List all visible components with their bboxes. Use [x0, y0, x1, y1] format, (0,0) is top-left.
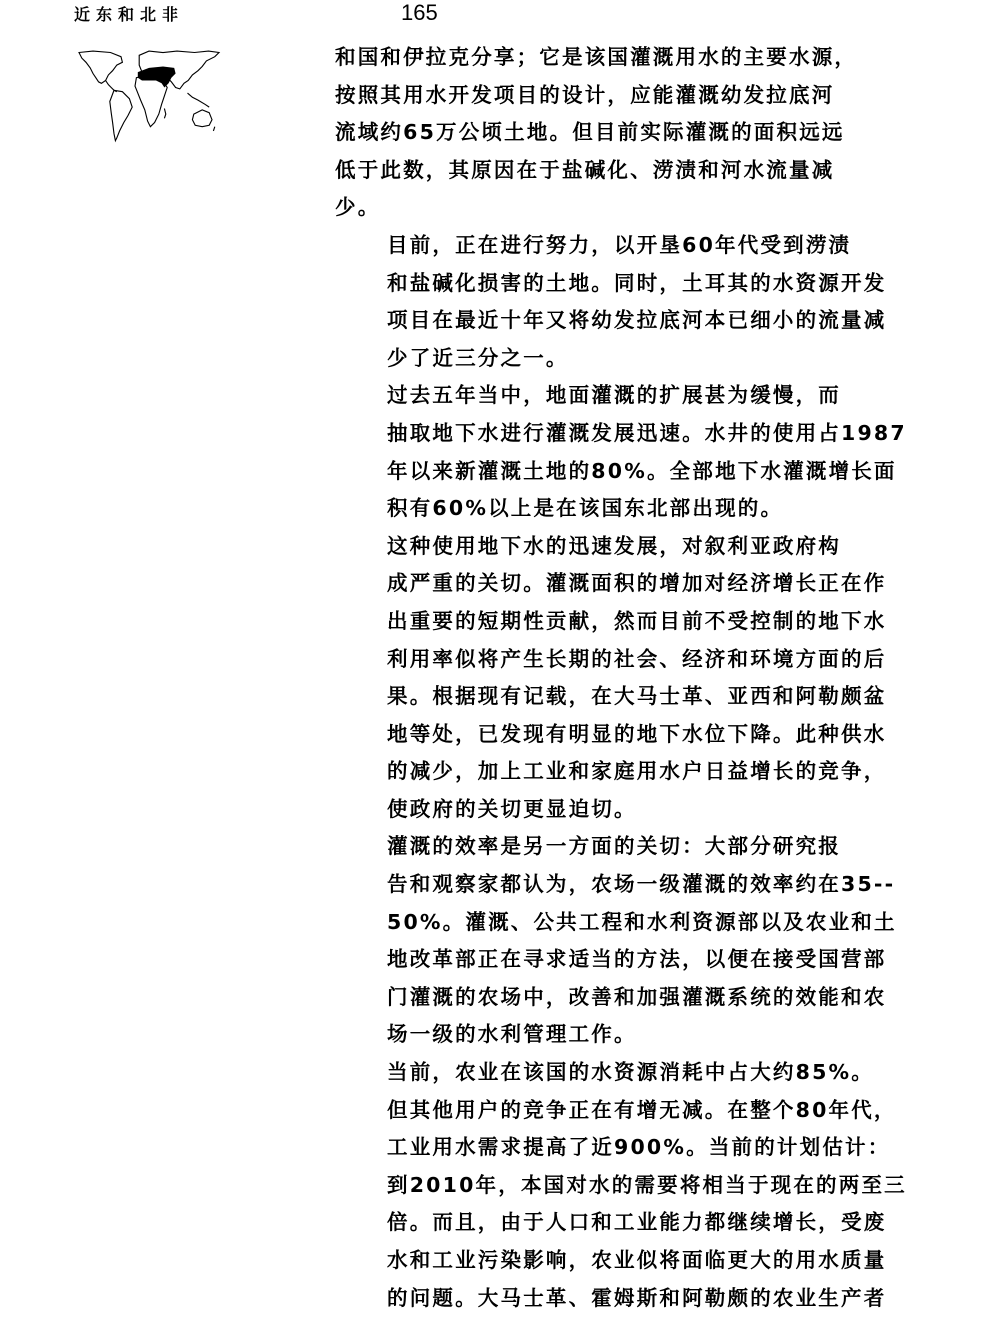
paragraph: 和国和伊拉克分享；它是该国灌溉用水的主要水源， 按照其用水开发项目的设计，应能灌…	[335, 39, 925, 227]
text-line: 场一级的水利管理工作。	[335, 1016, 925, 1054]
text-line: 到2010年，本国对水的需要将相当于现在的两至三	[335, 1167, 925, 1205]
paragraph: 灌溉的效率是另一方面的关切：大部分研究报 告和观察家都认为，农场一级灌溉的效率约…	[335, 828, 925, 1054]
text-line: 利用率似将产生长期的社会、经济和环境方面的后	[335, 641, 925, 679]
paragraph: 过去五年当中，地面灌溉的扩展甚为缓慢，而 抽取地下水进行灌溉发展迅速。水井的使用…	[335, 377, 925, 527]
page-number: 165	[401, 0, 438, 26]
paragraph: 目前，正在进行努力，以开垦60年代受到涝渍 和盐碱化损害的土地。同时，土耳其的水…	[335, 227, 925, 377]
text-line: 地改革部正在寻求适当的方法，以便在接受国营部	[335, 941, 925, 979]
text-line: 按照其用水开发项目的设计，应能灌溉幼发拉底河	[335, 77, 925, 115]
text-line: 出重要的短期性贡献，然而目前不受控制的地下水	[335, 603, 925, 641]
text-line: 但其他用户的竞争正在有增无减。在整个80年代，	[335, 1092, 925, 1130]
text-line: 使政府的关切更显迫切。	[335, 791, 925, 829]
text-line: 少了近三分之一。	[335, 340, 925, 378]
text-line: 流域约65万公顷土地。但目前实际灌溉的面积远远	[335, 114, 925, 152]
text-line: 目前，正在进行努力，以开垦60年代受到涝渍	[335, 227, 925, 265]
text-line: 地等处，已发现有明显的地下水位下降。此种供水	[335, 716, 925, 754]
paragraph: 当前，农业在该国的水资源消耗中占大约85%。 但其他用户的竞争正在有增无减。在整…	[335, 1054, 925, 1317]
text-line: 过去五年当中，地面灌溉的扩展甚为缓慢，而	[335, 377, 925, 415]
text-line: 果。根据现有记载，在大马士革、亚西和阿勒颇盆	[335, 678, 925, 716]
body-text: 和国和伊拉克分享；它是该国灌溉用水的主要水源， 按照其用水开发项目的设计，应能灌…	[335, 39, 925, 1317]
text-line: 和盐碱化损害的土地。同时，土耳其的水资源开发	[335, 265, 925, 303]
text-line: 告和观察家都认为，农场一级灌溉的效率约在35--	[335, 866, 925, 904]
paragraph: 这种使用地下水的迅速发展，对叙利亚政府构 成严重的关切。灌溉面积的增加对经济增长…	[335, 528, 925, 829]
text-line: 年以来新灌溉土地的80%。全部地下水灌溉增长面	[335, 453, 925, 491]
text-line: 的减少，加上工业和家庭用水户日益增长的竞争，	[335, 753, 925, 791]
text-line: 的问题。大马士革、霍姆斯和阿勒颇的农业生产者	[335, 1280, 925, 1318]
text-line: 灌溉的效率是另一方面的关切：大部分研究报	[335, 828, 925, 866]
text-line: 这种使用地下水的迅速发展，对叙利亚政府构	[335, 528, 925, 566]
text-line: 当前，农业在该国的水资源消耗中占大约85%。	[335, 1054, 925, 1092]
text-line: 倍。而且，由于人口和工业能力都继续增长，受废	[335, 1204, 925, 1242]
text-line: 门灌溉的农场中，改善和加强灌溉系统的效能和农	[335, 979, 925, 1017]
text-line: 抽取地下水进行灌溉发展迅速。水井的使用占1987	[335, 415, 925, 453]
text-line: 50%。灌溉、公共工程和水利资源部以及农业和土	[335, 904, 925, 942]
world-map-icon	[44, 22, 254, 160]
text-line: 和国和伊拉克分享；它是该国灌溉用水的主要水源，	[335, 39, 925, 77]
text-line: 低于此数，其原因在于盐碱化、涝渍和河水流量减	[335, 152, 925, 190]
text-line: 工业用水需求提高了近900%。当前的计划估计：	[335, 1129, 925, 1167]
text-line: 水和工业污染影响，农业似将面临更大的用水质量	[335, 1242, 925, 1280]
text-line: 积有60%以上是在该国东北部出现的。	[335, 490, 925, 528]
text-line: 成严重的关切。灌溉面积的增加对经济增长正在作	[335, 565, 925, 603]
text-line: 项目在最近十年又将幼发拉底河本已细小的流量减	[335, 302, 925, 340]
text-line: 少。	[335, 189, 925, 227]
